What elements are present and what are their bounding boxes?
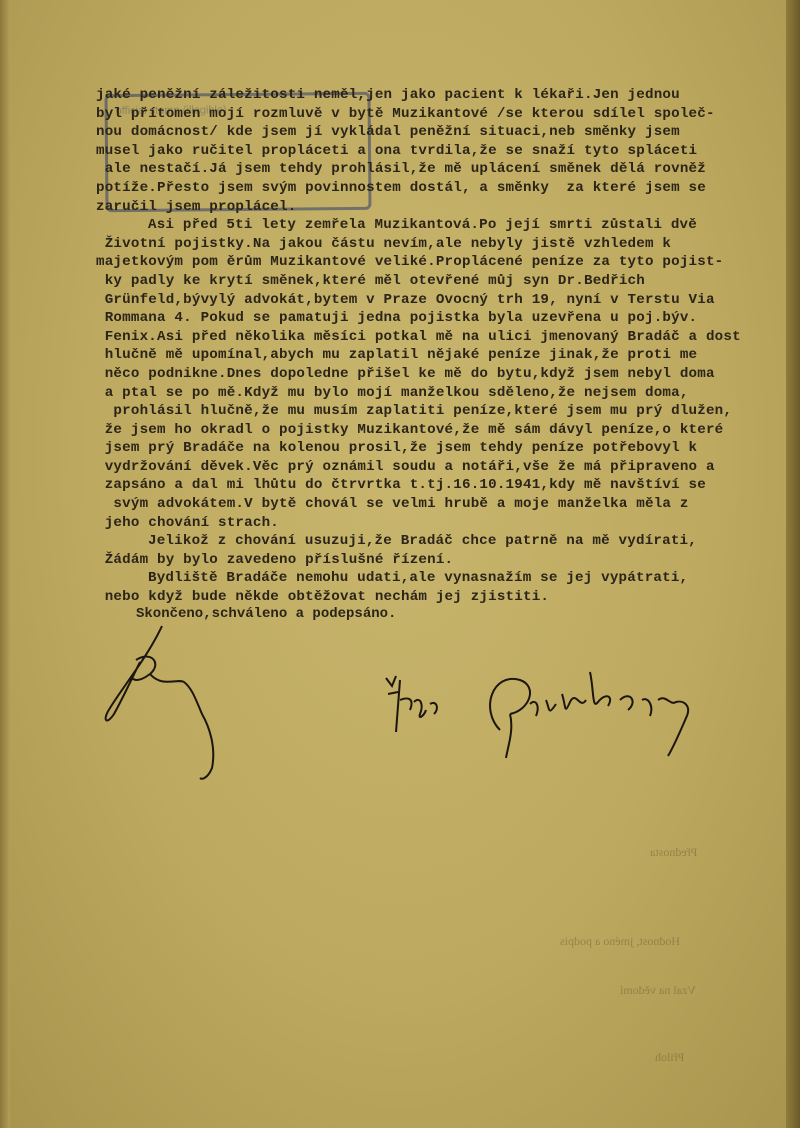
text-line: zaručil jsem proplácel. [96,198,796,217]
text-line: a ptal se po mě.Když mu bylo mojí manžel… [96,384,796,403]
text-line: potíže.Přesto jsem svým povinnostem dost… [96,179,796,198]
text-line: zapsáno a dal mi lhůtu do čtrvrtka t.tj.… [96,476,796,495]
text-line: majetkovým pom ěrům Muzikantové veliké.P… [96,253,796,272]
text-line: nebo když bude někde obtěžovat nechám je… [96,588,796,607]
text-line: hlučně mě upomínal,abych mu zaplatil něj… [96,346,796,365]
text-line: že jsem ho okradl o pojistky Muzikantové… [96,421,796,440]
text-line: jsem prý Bradáče na kolenou prosil,že js… [96,439,796,458]
text-line: Fenix.Asi před několika měsíci potkal mě… [96,328,796,347]
text-line: jeho chování strach. [96,514,796,533]
text-line: ky padly ke krytí směnek,které měl otevř… [96,272,796,291]
bleedthrough-text: Vzal na vědomí [620,983,696,998]
text-line: vydržování děvek.Věc prý oznámil soudu a… [96,458,796,477]
complainant-signature [380,660,720,770]
typewritten-body: jaké peněžní záležitosti neměl,jen jako … [96,86,796,607]
paper-edge-left [0,0,10,1128]
text-line: Životní pojistky.Na jakou částu nevím,al… [96,235,796,254]
text-line: Žádám by bylo zavedeno příslušné řízení. [96,551,796,570]
bleedthrough-text: Přiloh [655,1050,684,1065]
text-line: nou domácnost/ kde jsem jí vykládal peně… [96,123,796,142]
text-line: jaké peněžní záležitosti neměl,jen jako … [96,86,796,105]
document-page: official stamp (illegible) jaké peněžní … [0,0,800,1128]
bleedthrough-text: Hodnost, jméno a podpis [560,934,680,949]
text-line: Grünfeld,bývylý advokát,bytem v Praze Ov… [96,291,796,310]
bleedthrough-text: Přednosta [650,845,697,860]
text-line: musel jako ručitel propláceti a ona tvrd… [96,142,796,161]
text-line: prohlásil hlučně,že mu musím zaplatiti p… [96,402,796,421]
text-line: Bydliště Bradáče nemohu udati,ale vynasn… [96,569,796,588]
text-line: ale nestačí.Já jsem tehdy prohlásil,že m… [96,160,796,179]
text-line: něco podnikne.Dnes dopoledne přišel ke m… [96,365,796,384]
text-line: Jelikož z chování usuzuji,že Bradáč chce… [96,532,796,551]
text-line: Asi před 5ti lety zemřela Muzikantová.Po… [96,216,796,235]
official-initials-signature [92,618,232,788]
text-line: svým advokátem.V bytě chovál se velmi hr… [96,495,796,514]
text-line: Rommana 4. Pokud se pamatuji jedna pojis… [96,309,796,328]
text-line: byl přítomen mojí rozmluvě v bytě Muzika… [96,105,796,124]
